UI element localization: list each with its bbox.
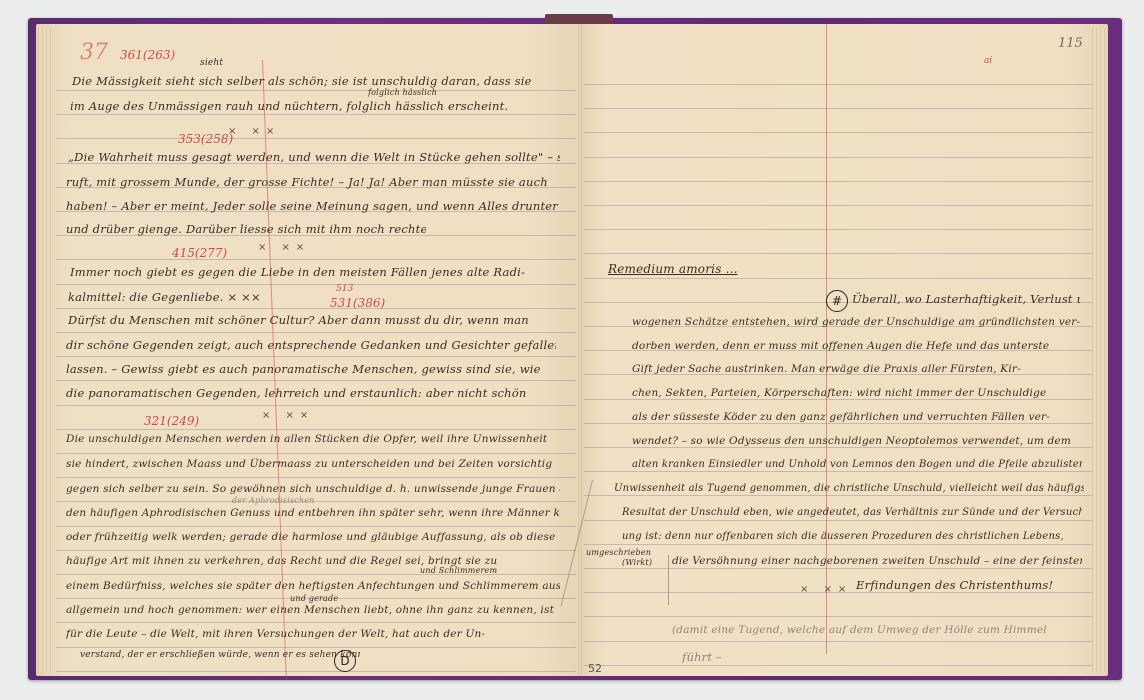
red-annotation: 353(258): [178, 132, 233, 146]
ruled-line: [584, 447, 1092, 448]
text-line: gegen sich selber zu sein. So gewöhnen s…: [66, 483, 560, 495]
ruled-line: [56, 622, 576, 623]
text-line: Erfindungen des Christenthums!: [856, 578, 1076, 592]
ruled-line: [584, 423, 1092, 424]
red-annotation-superscript: 513: [336, 284, 353, 294]
gutter: [578, 24, 582, 676]
red-annotation: 531(386): [330, 296, 385, 310]
ruled-line: [584, 132, 1092, 133]
interlinear-note: und gerade: [290, 594, 338, 603]
text-line: ruft, mit grossem Munde, der grosse Fich…: [66, 175, 560, 189]
ruled-line: [56, 453, 576, 454]
ruled-line: [584, 399, 1092, 400]
ruled-line: [584, 616, 1092, 617]
text-line: haben! – Aber er meint, Jeder solle sein…: [66, 199, 560, 213]
section-separator: × ××: [228, 126, 280, 137]
ruled-line: [56, 429, 576, 430]
text-line: chen, Sekten, Parteien, Körperschaften: …: [632, 387, 1082, 399]
ruled-line: [56, 671, 576, 672]
ruled-line: [584, 84, 1092, 85]
interlinear-note: sieht: [200, 58, 223, 68]
text-line: ung ist: denn nur offenbaren sich die äu…: [622, 531, 1082, 542]
text-line: kalmittel: die Gegenliebe. × ××: [68, 290, 328, 304]
text-line: für die Leute – die Welt, mit ihren Vers…: [66, 628, 546, 640]
red-annotation: 415(277): [172, 246, 227, 260]
ruled-line: [584, 157, 1092, 158]
ruled-line: [56, 356, 576, 357]
pencil-text-line: (damit eine Tugend, welche auf dem Umweg…: [672, 624, 1072, 636]
text-line: wendet? – so wie Odysseus den unschuldig…: [632, 435, 1082, 447]
red-mark: ai: [984, 56, 992, 66]
ruled-line: [56, 332, 576, 333]
ruled-line: [56, 550, 576, 551]
section-separator: × ××: [800, 584, 852, 595]
text-line: die panoramatischen Gegenden, lehrreich …: [66, 386, 526, 400]
text-line: wogenen Schätze entstehen, wird gerade d…: [632, 316, 1082, 328]
ruled-line: [56, 380, 576, 381]
text-line: Immer noch giebt es gegen die Liebe in d…: [70, 265, 558, 279]
end-mark-symbol: D: [334, 650, 356, 672]
ruled-line: [56, 114, 576, 115]
text-line: oder frühzeitig welk werden; gerade die …: [66, 531, 560, 543]
ruled-line: [584, 520, 1092, 521]
margin-note: umgeschrieben: [586, 548, 651, 557]
text-line: den häufigen Aphrodisischen Genuss und e…: [66, 507, 560, 519]
circled-mark-symbol: #: [826, 290, 848, 312]
ruled-line: [584, 495, 1092, 496]
interlinear-note: und Schlimmerem: [420, 566, 497, 575]
ruled-line: [56, 526, 576, 527]
folio-number: 115: [1058, 36, 1083, 51]
text-line: als der süsseste Köder zu den ganz gefäh…: [632, 411, 1082, 423]
text-line: lassen. – Gewiss giebt es auch panoramat…: [66, 362, 552, 376]
text-line: Unwissenheit als Tugend genommen, die ch…: [614, 483, 1084, 494]
text-line: im Auge des Unmässigen rauh und nüchtern…: [70, 99, 540, 113]
ruled-line: [56, 308, 576, 309]
ruled-line: [56, 259, 576, 260]
text-line: Resultat der Unschuld eben, wie angedeut…: [622, 507, 1082, 518]
right-page-edges: [1092, 28, 1106, 672]
section-separator: × ××: [262, 410, 314, 421]
interlinear-note: der Aphrodisischen: [232, 496, 314, 505]
ruled-line: [56, 501, 576, 502]
ruled-line: [584, 229, 1092, 230]
text-line: dorben werden, denn er muss mit offenen …: [632, 340, 1082, 352]
margin-note: (Wirkt): [622, 558, 652, 567]
text-line: sie hindert, zwischen Maass und Übermaas…: [66, 458, 560, 470]
text-line: verstand, der er erschließen würde, wenn…: [80, 650, 360, 660]
ruled-line: [584, 544, 1092, 545]
interlinear-note: folglich hässlich: [368, 88, 437, 97]
text-line: Die Mässigkeit sieht sich selber als sch…: [72, 74, 558, 88]
text-line: dir schöne Gegenden zeigt, auch entsprec…: [66, 338, 556, 352]
text-line: einem Bedürfniss, welches sie später den…: [66, 580, 560, 592]
text-line: die Versöhnung einer nachgeborenen zweit…: [672, 555, 1082, 567]
pencil-text-line: führt –: [682, 650, 742, 664]
text-line: Die unschuldigen Menschen werden in alle…: [66, 433, 560, 445]
ruled-line: [56, 90, 576, 91]
ruled-line: [584, 253, 1092, 254]
ruled-line: [584, 278, 1092, 279]
ruled-line: [584, 665, 1092, 666]
left-page-edges: [38, 28, 52, 672]
ruled-line: [584, 108, 1092, 109]
section-separator: × ××: [258, 242, 310, 253]
ruled-line: [584, 205, 1092, 206]
text-line: „Die Wahrheit muss gesagt werden, und we…: [68, 150, 560, 164]
ruled-line: [56, 284, 576, 285]
text-line: und drüber gienge. Darüber liesse sich m…: [66, 222, 426, 236]
text-line: alten kranken Einsiedler und Unhold von …: [632, 459, 1082, 470]
text-line: Gift jeder Sache austrinken. Man erwäge …: [632, 363, 1082, 375]
ruled-line: [56, 138, 576, 139]
ruled-line: [56, 574, 576, 575]
text-line: Überall, wo Lasterhaftigkeit, Verlust un…: [852, 292, 1080, 306]
ruled-line: [56, 647, 576, 648]
archive-page-stamp: 52: [588, 662, 602, 675]
ruled-line: [584, 641, 1092, 642]
red-annotation: 321(249): [144, 414, 199, 428]
ruled-line: [56, 477, 576, 478]
red-annotation: 361(263): [120, 48, 175, 62]
text-line: allgemein und hoch genommen: wer einen M…: [66, 604, 560, 616]
ruled-line: [584, 471, 1092, 472]
section-heading: Remedium amoris ...: [608, 262, 738, 276]
ruled-line: [56, 405, 576, 406]
crossed-page-number: 37: [80, 40, 108, 65]
ruled-line: [584, 181, 1092, 182]
pencil-bracket-line: [668, 555, 669, 605]
ruled-line: [584, 568, 1092, 569]
text-line: Dürfst du Menschen mit schöner Cultur? A…: [68, 313, 560, 327]
